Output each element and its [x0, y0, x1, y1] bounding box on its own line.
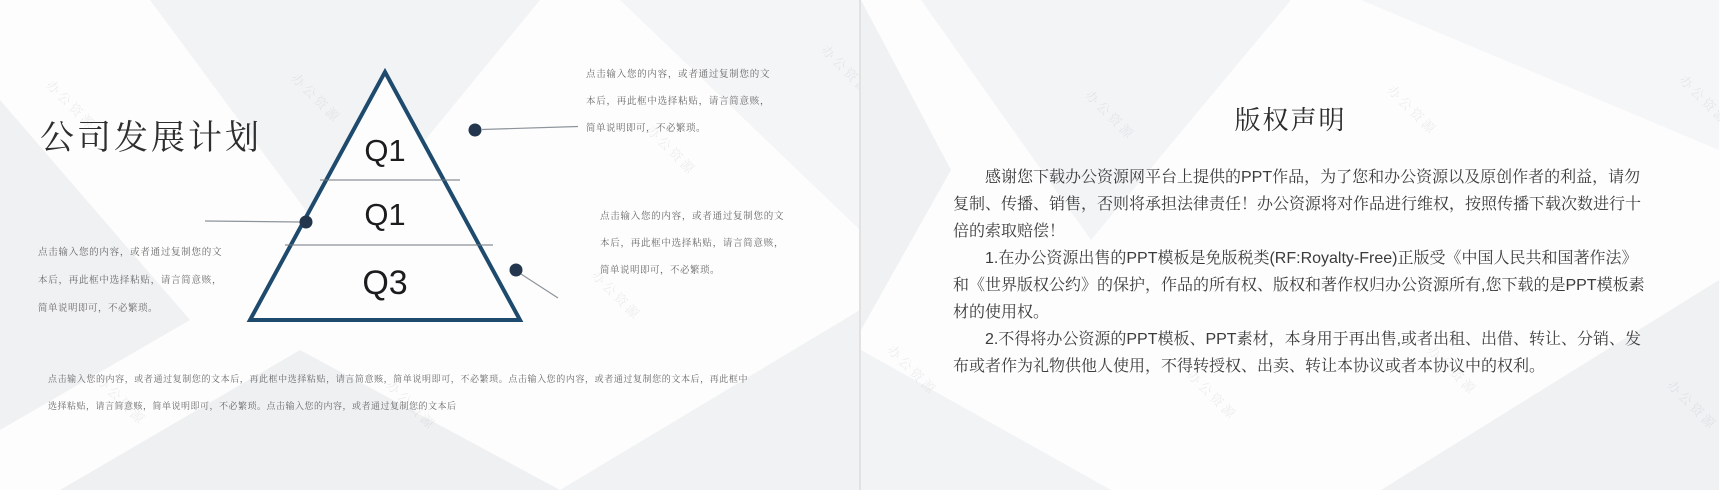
slide2-title: 版权声明 [861, 100, 1720, 137]
slide-company-development-plan[interactable]: 办公资源 办公资源 办公资源 办公资源 办公资源 办公资源 办公资源 公司发展计… [0, 0, 859, 490]
slide-copyright-statement[interactable]: 办公资源 办公资源 办公资源 办公资源 办公资源 办公资源 办公资源 版权声明 … [861, 0, 1720, 490]
placeholder-text-left: 点击输入您的内容，或者通过复制您的文本后，再此框中选择粘贴，请言简意赅，简单说明… [38, 239, 222, 323]
placeholder-text-mid-right: 点击输入您的内容，或者通过复制您的文本后，再此框中选择粘贴，请言简意赅，简单说明… [600, 203, 784, 284]
copyright-paragraph-intro: 感谢您下载办公资源网平台上提供的PPT作品，为了您和办公资源以及原创作者的利益，… [953, 164, 1653, 245]
pyramid-level-1-label: Q1 [364, 133, 405, 169]
watermark: 办公资源 [1664, 375, 1720, 434]
watermark: 办公资源 [884, 340, 943, 399]
callout-dot-left [300, 216, 313, 229]
copyright-paragraph-2: 2.不得将办公资源的PPT模板、PPT素材，本身用于再出售,或者出租、出借、转让… [953, 326, 1653, 380]
copyright-paragraph-1: 1.在办公资源出售的PPT模板是免版税类(RF:Royalty-Free)正版受… [953, 245, 1653, 326]
placeholder-text-top-right: 点击输入您的内容，或者通过复制您的文本后，再此框中选择粘贴，请言简意赅，简单说明… [586, 61, 770, 142]
callout-dot-top-right [469, 124, 482, 137]
pyramid-level-3-label: Q3 [362, 264, 407, 303]
pyramid-level-2-label: Q1 [364, 197, 405, 233]
copyright-body: 感谢您下载办公资源网平台上提供的PPT作品，为了您和办公资源以及原创作者的利益，… [953, 164, 1653, 380]
callout-line-left [205, 221, 300, 222]
slides-preview: 办公资源 办公资源 办公资源 办公资源 办公资源 办公资源 办公资源 公司发展计… [0, 0, 1720, 490]
callout-dot-bottom-right [510, 264, 523, 277]
callout-line-top-right [482, 127, 578, 130]
callout-line-bottom-right [521, 274, 558, 298]
placeholder-text-bottom: 点击输入您的内容，或者通过复制您的文本后，再此框中选择粘贴，请言简意赅，简单说明… [48, 366, 748, 420]
